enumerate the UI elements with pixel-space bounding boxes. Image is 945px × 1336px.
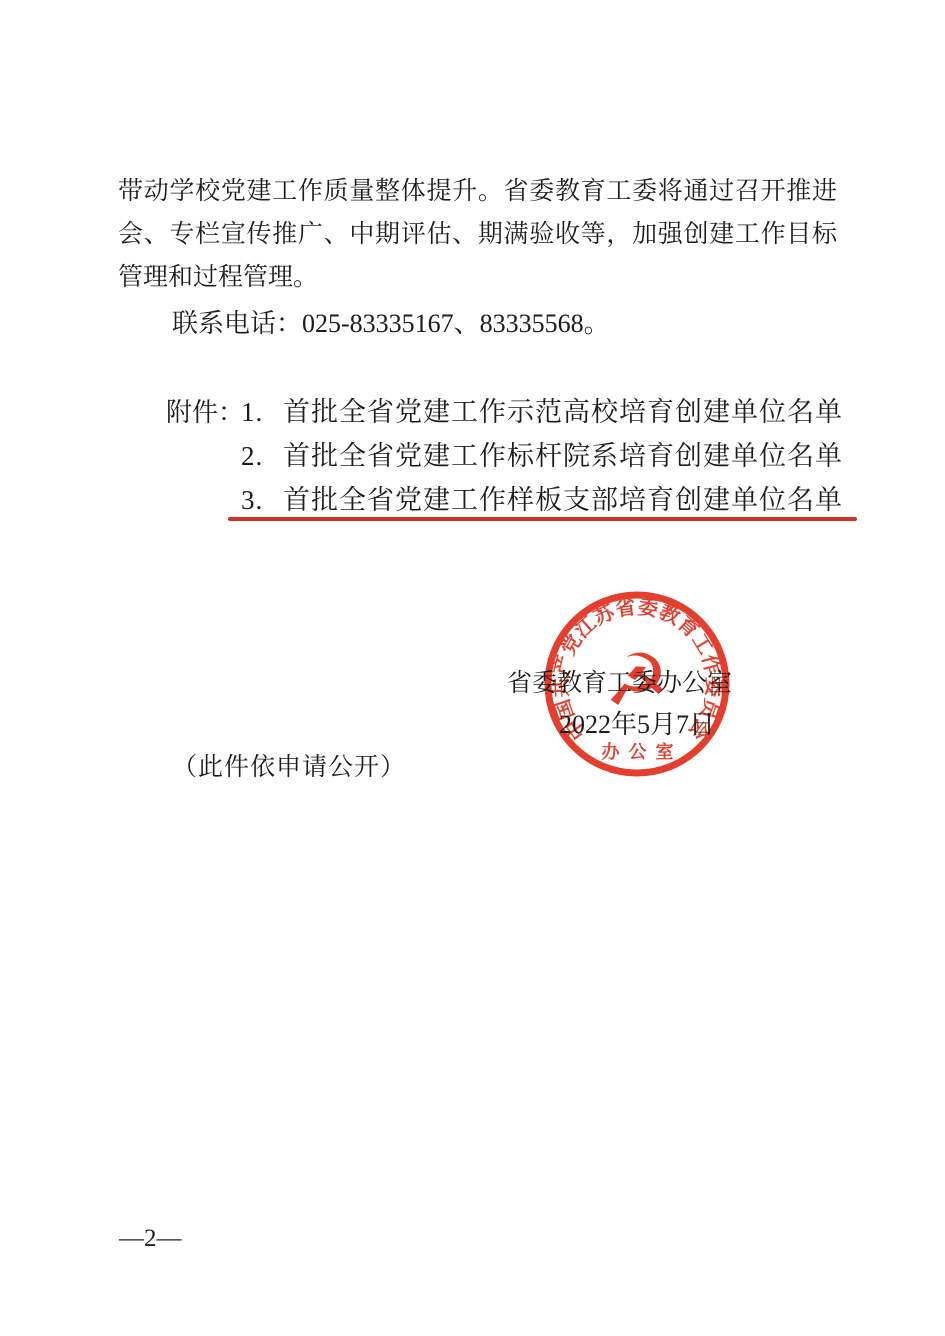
body-paragraph: 带动学校党建工作质量整体提升。省委教育工委将通过召开推进 会、专栏宣传推广、中期… xyxy=(118,170,837,299)
attachment-item-2: 2.首批全省党建工作标杆院系培育创建单位名单 xyxy=(241,442,843,471)
attachment-title: 首批全省党建工作样板支部培育创建单位名单 xyxy=(283,486,843,515)
contact-phone-line: 联系电话：025-83335167、83335568。 xyxy=(172,310,610,338)
seal-bottom-text: 办公室 xyxy=(602,741,683,762)
attachment-item-3: 3.首批全省党建工作样板支部培育创建单位名单 xyxy=(241,486,843,515)
attachment-number: 2. xyxy=(241,442,283,471)
attachment-number: 3. xyxy=(241,486,283,515)
document-page: 带动学校党建工作质量整体提升。省委教育工委将通过召开推进 会、专栏宣传推广、中期… xyxy=(0,0,945,1336)
attachment-title: 首批全省党建工作示范高校培育创建单位名单 xyxy=(283,398,843,427)
page-number: —2— xyxy=(119,1226,182,1252)
body-line-3: 管理和过程管理。 xyxy=(118,256,837,299)
attachment-item-1: 1.首批全省党建工作示范高校培育创建单位名单 xyxy=(241,398,843,427)
signature-org: 省委教育工委办公室 xyxy=(507,670,732,697)
body-line-1: 带动学校党建工作质量整体提升。省委教育工委将通过召开推进 xyxy=(118,170,837,213)
attachments-label: 附件： xyxy=(166,399,244,427)
disclosure-note: （此件依申请公开） xyxy=(172,754,406,782)
attachment-number: 1. xyxy=(241,398,283,427)
body-line-2: 会、专栏宣传推广、中期评估、期满验收等，加强创建工作目标 xyxy=(118,213,837,256)
attachment-title: 首批全省党建工作标杆院系培育创建单位名单 xyxy=(283,442,843,471)
signature-date: 2022年5月7日 xyxy=(559,711,715,739)
red-underline xyxy=(228,517,857,521)
